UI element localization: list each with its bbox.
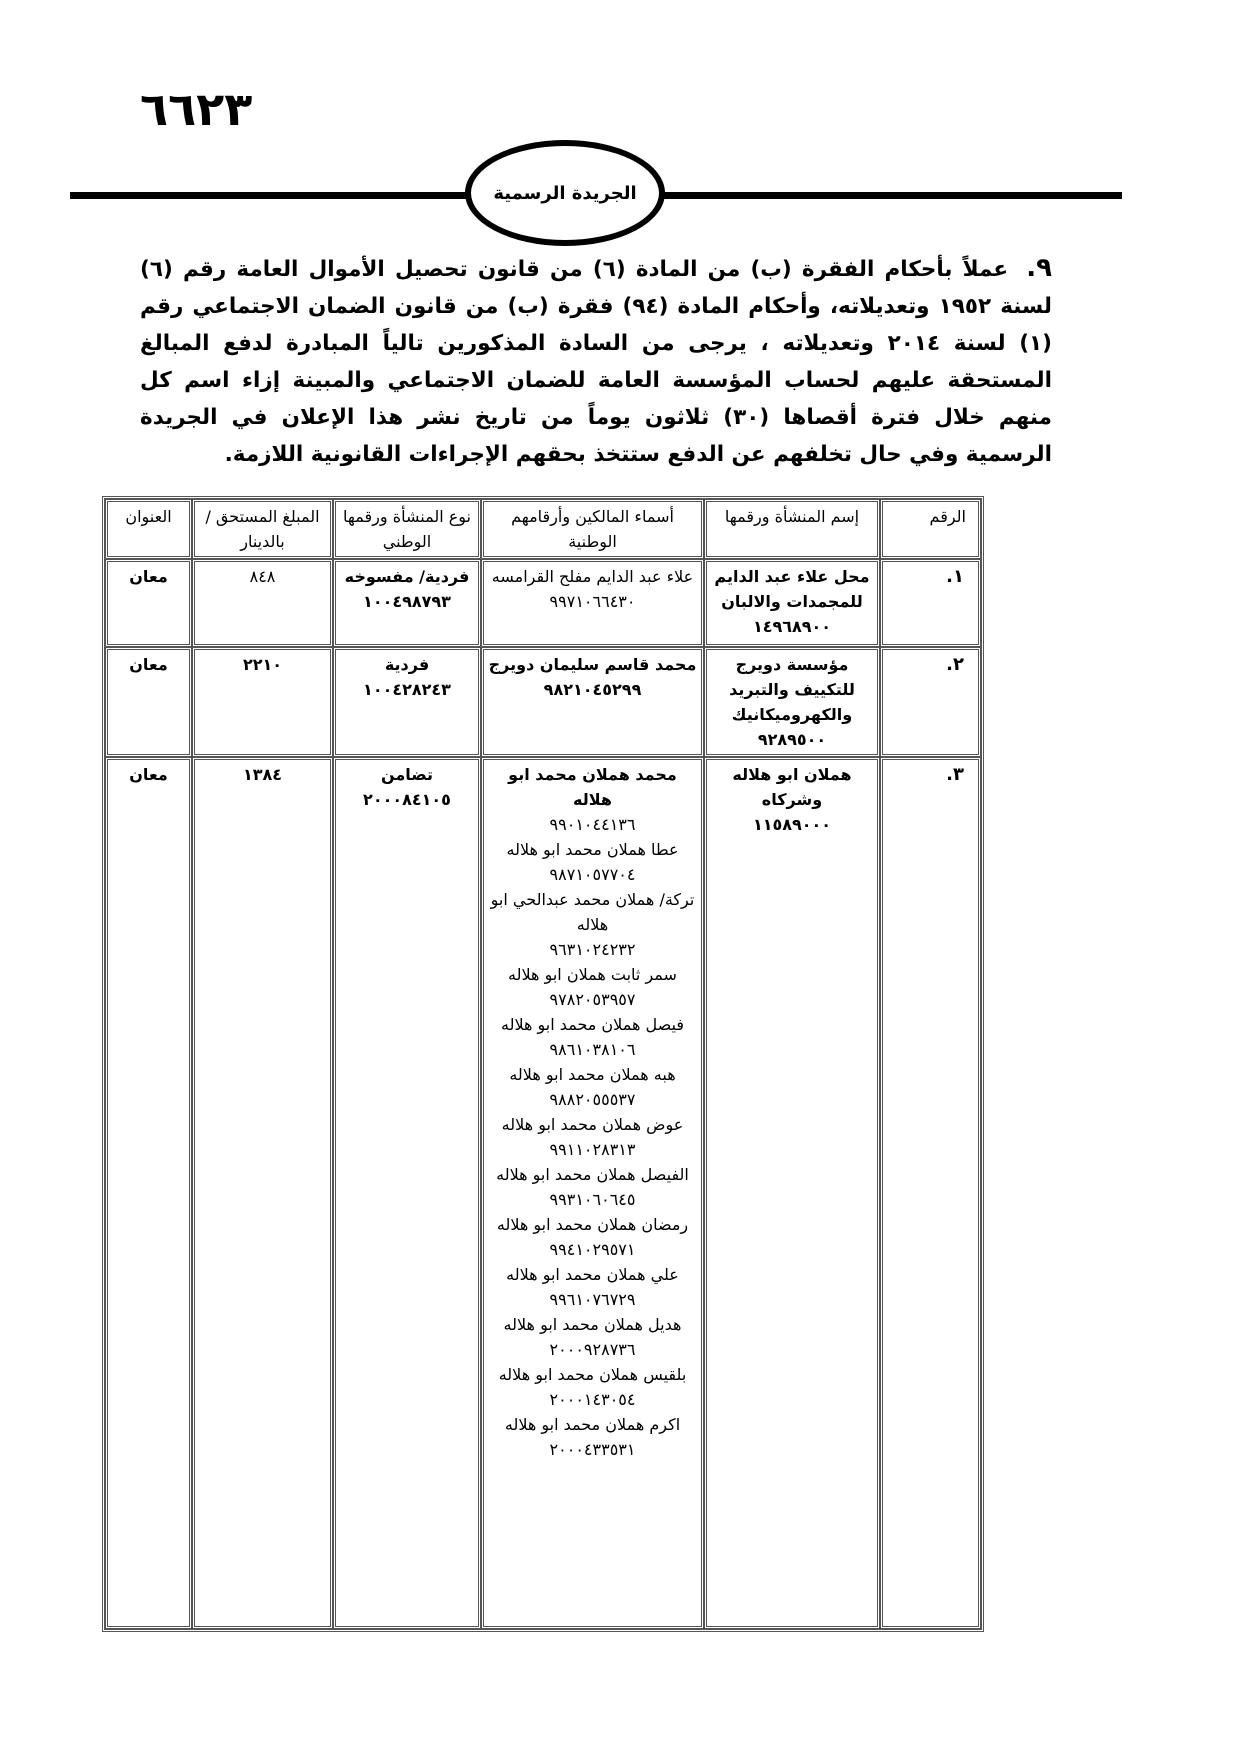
amount-cell: ١٣٨٤ — [192, 757, 333, 1629]
type-national-id: ٢٠٠٠٨٤١٠٥ — [340, 787, 474, 812]
owner-name: علاء عبد الدايم مفلح القرامسه — [488, 564, 697, 589]
address-cell: معان — [105, 647, 192, 757]
establishment-cell: مؤسسة دويرج للتكييف والتبريد والكهروميكا… — [704, 647, 880, 757]
notice-item-number: ٩. — [1026, 253, 1052, 283]
owner-name: بلقيس هملان محمد ابو هلاله — [488, 1362, 697, 1387]
owner-national-id: ٩٨٢١٠٤٥٢٩٩ — [488, 677, 697, 702]
address-cell: معان — [105, 757, 192, 1629]
establishment-cell: محل علاء عبد الدايم للمجمدات والالبان ١٤… — [704, 559, 880, 647]
owner-national-id: ٩٩٧١٠٦٦٤٣٠ — [488, 589, 697, 614]
col-header-address: العنوان — [105, 499, 192, 559]
table-row: ٢. مؤسسة دويرج للتكييف والتبريد والكهروم… — [105, 647, 981, 757]
establishment-name: محل علاء عبد الدايم للمجمدات والالبان — [711, 564, 873, 614]
type-national-id: ١٠٠٤٩٨٧٩٣ — [340, 589, 474, 614]
establishment-id: ١١٥٨٩٠٠٠ — [711, 812, 873, 837]
establishment-id: ١٤٩٦٨٩٠٠ — [711, 614, 873, 639]
owner-national-id: ٢٠٠٠٩٢٨٧٣٦ — [488, 1337, 697, 1362]
owner-name: محمد قاسم سليمان دويرج — [488, 652, 697, 677]
amount-cell: ٢٢١٠ — [192, 647, 333, 757]
owner-national-id: ٩٩٤١٠٢٩٥٧١ — [488, 1237, 697, 1262]
owner-name: محمد هملان محمد ابو هلاله — [488, 762, 697, 812]
gazette-title: الجريدة الرسمية — [493, 183, 636, 204]
owner-name: هديل هملان محمد ابو هلاله — [488, 1312, 697, 1337]
amount-due: ٨٤٨ — [250, 567, 276, 586]
notice-text: عملاً بأحكام الفقرة (ب) من المادة (٦) من… — [140, 257, 1052, 467]
address-cell: معان — [105, 559, 192, 647]
owner-name: اكرم هملان محمد ابو هلاله — [488, 1412, 697, 1437]
owners-cell: علاء عبد الدايم مفلح القرامسه ٩٩٧١٠٦٦٤٣٠ — [481, 559, 704, 647]
owner-name: علي هملان محمد ابو هلاله — [488, 1262, 697, 1287]
row-number: ٣. — [880, 757, 981, 1629]
owner-name: فيصل هملان محمد ابو هلاله — [488, 1012, 697, 1037]
col-header-amount: المبلغ المستحق /بالدينار — [192, 499, 333, 559]
gazette-title-ellipse: الجريدة الرسمية — [465, 140, 665, 246]
establishment-name: هملان ابو هلاله وشركاه — [711, 762, 873, 812]
amount-due: ٢٢١٠ — [243, 655, 282, 674]
notice-paragraph: ٩. عملاً بأحكام الفقرة (ب) من المادة (٦)… — [140, 250, 1052, 473]
col-header-type: نوع المنشأة ورقمها الوطني — [333, 499, 481, 559]
debtors-table: الرقم إسم المنشأة ورقمها أسماء المالكين … — [102, 496, 984, 1632]
table-row: ١. محل علاء عبد الدايم للمجمدات والالبان… — [105, 559, 981, 647]
owner-national-id: ٩٨٧١٠٥٧٧٠٤ — [488, 862, 697, 887]
owner-name: تركة/ هملان محمد عبدالحي ابو هلاله — [488, 887, 697, 937]
establishment-type: فردية — [340, 652, 474, 677]
owner-name: عطا هملان محمد ابو هلاله — [488, 837, 697, 862]
owner-national-id: ٩٧٨٢٠٥٣٩٥٧ — [488, 987, 697, 1012]
owners-cell: محمد قاسم سليمان دويرج ٩٨٢١٠٤٥٢٩٩ — [481, 647, 704, 757]
col-header-establishment: إسم المنشأة ورقمها — [704, 499, 880, 559]
owner-national-id: ٩٨٦١٠٣٨١٠٦ — [488, 1037, 697, 1062]
amount-cell: ٨٤٨ — [192, 559, 333, 647]
owners-cell: محمد هملان محمد ابو هلاله ٩٩٠١٠٤٤١٣٦ عطا… — [481, 757, 704, 1629]
row-number: ١. — [880, 559, 981, 647]
establishment-type: فردية/ مفسوخه — [340, 564, 474, 589]
establishment-name: مؤسسة دويرج للتكييف والتبريد والكهروميكا… — [711, 652, 873, 727]
type-cell: تضامن ٢٠٠٠٨٤١٠٥ — [333, 757, 481, 1629]
owner-name: هبه هملان محمد ابو هلاله — [488, 1062, 697, 1087]
owner-name: رمضان هملان محمد ابو هلاله — [488, 1212, 697, 1237]
establishment-id: ٩٢٨٩٥٠٠ — [711, 727, 873, 752]
establishment-type: تضامن — [340, 762, 474, 787]
owner-national-id: ٢٠٠٠٤٣٣٥٣١ — [488, 1437, 697, 1462]
owner-national-id: ٩٨٨٢٠٥٥٥٣٧ — [488, 1087, 697, 1112]
type-national-id: ١٠٠٤٢٨٢٤٣ — [340, 677, 474, 702]
col-header-number: الرقم — [880, 499, 981, 559]
owner-national-id: ٩٩٠١٠٤٤١٣٦ — [488, 812, 697, 837]
owner-name: الفيصل هملان محمد ابو هلاله — [488, 1162, 697, 1187]
amount-due: ١٣٨٤ — [243, 765, 282, 784]
owner-name: سمر ثابت هملان ابو هلاله — [488, 962, 697, 987]
owner-national-id: ٩٦٣١٠٢٤٢٣٢ — [488, 937, 697, 962]
establishment-cell: هملان ابو هلاله وشركاه ١١٥٨٩٠٠٠ — [704, 757, 880, 1629]
col-header-owners: أسماء المالكين وأرقامهم الوطنية — [481, 499, 704, 559]
page-number: ٦٦٢٣ — [140, 82, 252, 136]
table-row: ٣. هملان ابو هلاله وشركاه ١١٥٨٩٠٠٠ محمد … — [105, 757, 981, 1629]
owner-national-id: ٩٩٣١٠٦٠٦٤٥ — [488, 1187, 697, 1212]
owner-national-id: ٢٠٠٠١٤٣٠٥٤ — [488, 1387, 697, 1412]
type-cell: فردية ١٠٠٤٢٨٢٤٣ — [333, 647, 481, 757]
owner-national-id: ٩٩١١٠٢٨٣١٣ — [488, 1137, 697, 1162]
owner-name: عوض هملان محمد ابو هلاله — [488, 1112, 697, 1137]
table-header-row: الرقم إسم المنشأة ورقمها أسماء المالكين … — [105, 499, 981, 559]
row-number: ٢. — [880, 647, 981, 757]
type-cell: فردية/ مفسوخه ١٠٠٤٩٨٧٩٣ — [333, 559, 481, 647]
owner-national-id: ٩٩٦١٠٧٦٧٢٩ — [488, 1287, 697, 1312]
